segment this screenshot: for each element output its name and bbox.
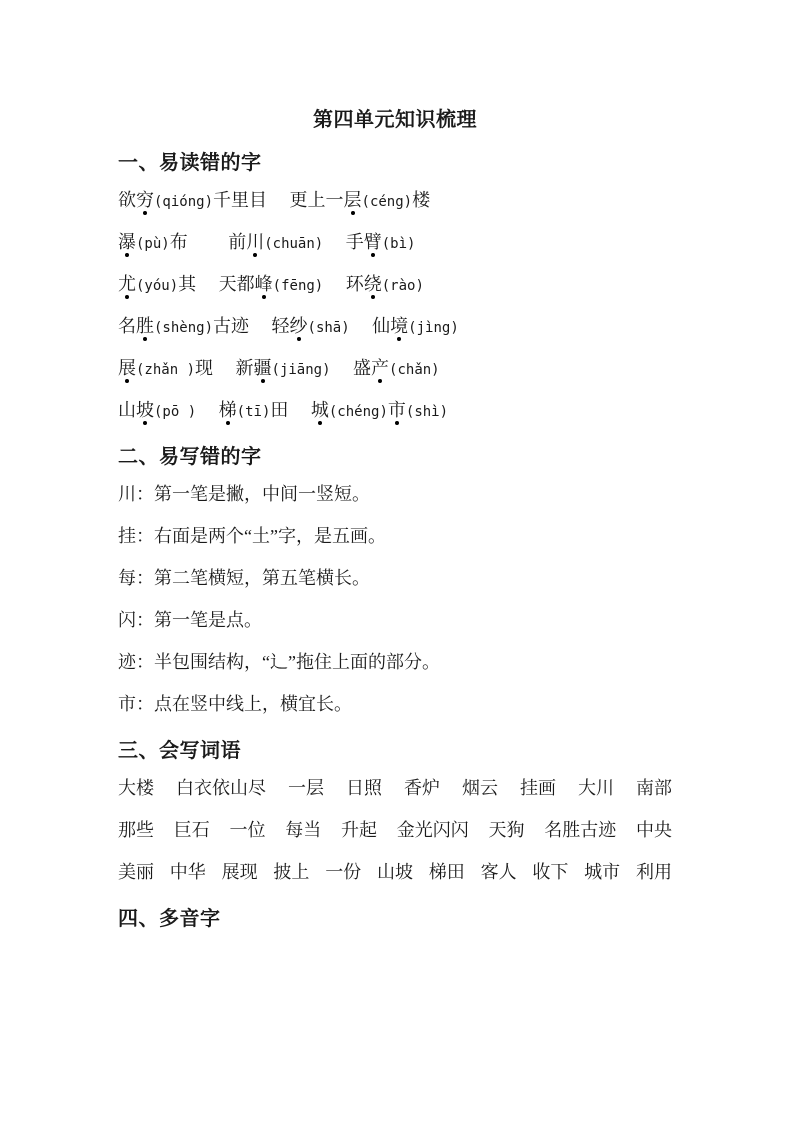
pinyin-segment: (pō ) — [154, 404, 196, 420]
emphasized-char: 产 — [371, 358, 389, 378]
text-segment: 迹：半包围结构，“辶”拖住上面的部分。 — [118, 652, 440, 672]
text-segment: 仙 — [350, 316, 391, 336]
text-segment: 手 — [323, 232, 364, 252]
word-item: 那些 — [118, 819, 154, 850]
word-item: 升起 — [341, 819, 377, 850]
word-item: 一位 — [230, 819, 266, 850]
pinyin-segment: (fēng) — [273, 278, 324, 294]
word-item: 名胜古迹 — [544, 819, 616, 850]
pinyin-segment: (chéng) — [329, 404, 388, 420]
document-page: 第四单元知识梳理 一、易读错的字欲穷(qióng)千里目 更上一层(céng)楼… — [0, 0, 793, 1122]
word-item: 山坡 — [377, 861, 413, 892]
text-segment: 其 天都 — [178, 274, 255, 294]
text-segment: 千里目 更上一 — [213, 190, 344, 210]
word-item: 梯田 — [429, 861, 465, 892]
text-segment: 现 新 — [195, 358, 254, 378]
text-line: 山坡(pō ) 梯(tī)田 城(chéng)市(shì) — [118, 388, 672, 430]
pinyin-segment: (céng) — [362, 194, 413, 210]
text-line: 尤(yóu)其 天都峰(fēng) 环绕(rào) — [118, 262, 672, 304]
word-item: 一份 — [325, 861, 361, 892]
pinyin-segment: (shì) — [406, 404, 448, 420]
text-line: 瀑(pù)布 前川(chuān) 手臂(bì) — [118, 220, 672, 262]
pinyin-segment: (shā) — [308, 320, 350, 336]
text-line: 市：点在竖中线上，横宜长。 — [118, 682, 672, 724]
pinyin-segment: (tī) — [237, 404, 271, 420]
text-line: 挂：右面是两个“土”字，是五画。 — [118, 514, 672, 556]
pinyin-segment: (chuān) — [264, 236, 323, 252]
pinyin-segment: (pù) — [136, 236, 170, 252]
text-segment: 布 前 — [170, 232, 247, 252]
text-segment: 川：第一笔是撇，中间一竖短。 — [118, 484, 370, 504]
text-segment: 市：点在竖中线上，横宜长。 — [118, 694, 352, 714]
word-item: 美丽 — [118, 861, 154, 892]
text-line: 川：第一笔是撇，中间一竖短。 — [118, 472, 672, 514]
text-segment: 古迹 轻 — [213, 316, 290, 336]
emphasized-char: 穷 — [136, 190, 154, 210]
pinyin-segment: (jìng) — [408, 320, 459, 336]
text-segment: 挂：右面是两个“土”字，是五画。 — [118, 526, 386, 546]
word-item: 挂画 — [520, 777, 556, 808]
text-segment: 名 — [118, 316, 136, 336]
emphasized-char: 胜 — [136, 316, 154, 336]
pinyin-segment: (bì) — [382, 236, 416, 252]
word-item: 每当 — [285, 819, 321, 850]
word-item: 南部 — [636, 777, 672, 808]
emphasized-char: 峰 — [255, 274, 273, 294]
pinyin-segment: (zhǎn ) — [136, 362, 195, 378]
emphasized-char: 梯 — [219, 400, 237, 420]
word-item: 收下 — [532, 861, 568, 892]
section-heading: 二、易写错的字 — [118, 430, 672, 472]
word-item: 天狗 — [489, 819, 525, 850]
emphasized-char: 尤 — [118, 274, 136, 294]
pinyin-segment: (qióng) — [154, 194, 213, 210]
text-line: 迹：半包围结构，“辶”拖住上面的部分。 — [118, 640, 672, 682]
pinyin-segment: (shèng) — [154, 320, 213, 336]
word-item: 大楼 — [118, 777, 154, 808]
word-item: 利用 — [636, 861, 672, 892]
text-segment: 盛 — [331, 358, 372, 378]
text-segment: 山 — [118, 400, 136, 420]
text-segment: 环 — [323, 274, 364, 294]
emphasized-char: 层 — [344, 190, 362, 210]
word-item: 白衣依山尽 — [176, 777, 266, 808]
word-item: 客人 — [481, 861, 517, 892]
pinyin-segment: (chǎn) — [389, 362, 440, 378]
text-line: 欲穷(qióng)千里目 更上一层(céng)楼 — [118, 178, 672, 220]
text-segment: 闪：第一笔是点。 — [118, 610, 262, 630]
text-segment: 欲 — [118, 190, 136, 210]
emphasized-char: 展 — [118, 358, 136, 378]
text-line: 大楼白衣依山尽一层日照香炉烟云挂画大川南部 — [118, 766, 672, 808]
text-line: 展(zhǎn )现 新疆(jiāng) 盛产(chǎn) — [118, 346, 672, 388]
emphasized-char: 疆 — [254, 358, 272, 378]
section-heading: 三、会写词语 — [118, 724, 672, 766]
word-item: 中央 — [636, 819, 672, 850]
word-item: 烟云 — [462, 777, 498, 808]
word-item: 披上 — [273, 861, 309, 892]
text-line: 闪：第一笔是点。 — [118, 598, 672, 640]
word-item: 金光闪闪 — [397, 819, 469, 850]
word-item: 城市 — [584, 861, 620, 892]
emphasized-char: 市 — [388, 400, 406, 420]
word-item: 巨石 — [174, 819, 210, 850]
emphasized-char: 川 — [246, 232, 264, 252]
emphasized-char: 绕 — [364, 274, 382, 294]
text-line: 那些巨石一位每当升起金光闪闪天狗名胜古迹中央 — [118, 808, 672, 850]
word-item: 中华 — [170, 861, 206, 892]
word-item: 一层 — [288, 777, 324, 808]
pinyin-segment: (jiāng) — [272, 362, 331, 378]
word-item: 大川 — [578, 777, 614, 808]
text-segment: 每：第二笔横短，第五笔横长。 — [118, 568, 370, 588]
page-title: 第四单元知识梳理 — [118, 94, 672, 136]
text-segment: 田 — [270, 400, 311, 420]
emphasized-char: 瀑 — [118, 232, 136, 252]
text-segment: 楼 — [412, 190, 430, 210]
text-line: 名胜(shèng)古迹 轻纱(shā) 仙境(jìng) — [118, 304, 672, 346]
emphasized-char: 纱 — [290, 316, 308, 336]
emphasized-char: 境 — [390, 316, 408, 336]
pinyin-segment: (rào) — [382, 278, 424, 294]
section-heading: 一、易读错的字 — [118, 136, 672, 178]
word-item: 香炉 — [404, 777, 440, 808]
text-segment — [196, 400, 219, 420]
emphasized-char: 臂 — [364, 232, 382, 252]
text-line: 美丽中华展现披上一份山坡梯田客人收下城市利用 — [118, 850, 672, 892]
section-heading: 四、多音字 — [118, 892, 672, 934]
emphasized-char: 坡 — [136, 400, 154, 420]
word-item: 展现 — [222, 861, 258, 892]
document-body: 一、易读错的字欲穷(qióng)千里目 更上一层(céng)楼瀑(pù)布 前川… — [118, 136, 672, 934]
pinyin-segment: (yóu) — [136, 278, 178, 294]
emphasized-char: 城 — [311, 400, 329, 420]
text-line: 每：第二笔横短，第五笔横长。 — [118, 556, 672, 598]
word-item: 日照 — [346, 777, 382, 808]
